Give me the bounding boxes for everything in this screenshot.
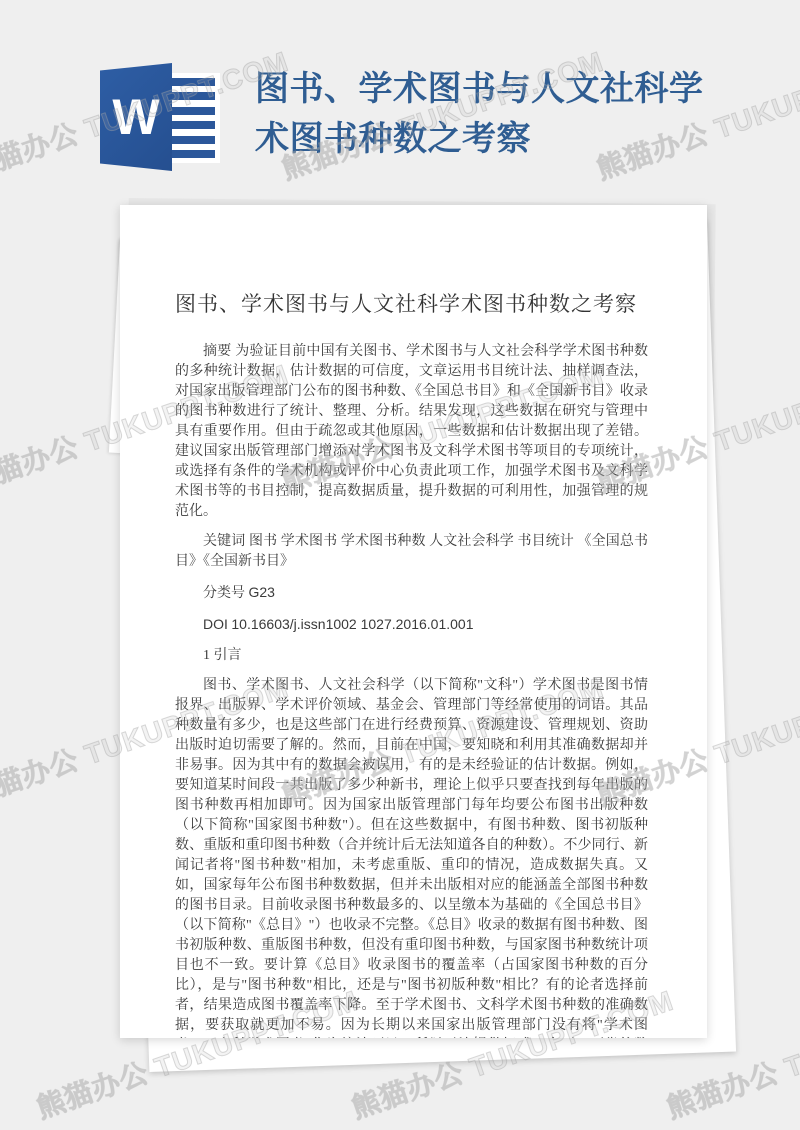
keywords-paragraph: 关键词 图书 学术图书 学术图书种数 人文社会科学 书目统计 《全国总书目》《全… (175, 532, 648, 572)
preview-page-title: 图书、学术图书与人文社科学术图书种数之考察 (255, 65, 711, 165)
word-icon-letter: W (112, 92, 159, 142)
document-title: 图书、学术图书与人文社科学术图书种数之考察 (175, 288, 648, 318)
document-page: 图书、学术图书与人文社科学术图书种数之考察 摘要 为验证目前中国有关图书、学术图… (120, 205, 707, 1038)
doi-label: DOI (203, 616, 228, 632)
preview-header: W 图书、学术图书与人文社科学术图书种数之考察 (100, 63, 711, 171)
classification-value: G23 (249, 584, 275, 600)
document-preview-screen: W 图书、学术图书与人文社科学术图书种数之考察 图书、学术图书与人文社科学术图书… (0, 0, 800, 1130)
word-icon-cover: W (100, 63, 172, 171)
doi-line: DOI 10.16603/j.issn1002 1027.2016.01.001 (175, 614, 648, 636)
body-paragraph: 图书、学术图书、人文社会科学（以下简称"文科"）学术图书是图书情报界、出版界、学… (175, 676, 648, 1038)
paper-stack: 图书、学术图书与人文社科学术图书种数之考察 摘要 为验证目前中国有关图书、学术图… (120, 205, 707, 1038)
classification-line: 分类号 G23 (175, 582, 648, 604)
abstract-paragraph: 摘要 为验证目前中国有关图书、学术图书与人文社会科学学术图书种数的多种统计数据，… (175, 342, 648, 522)
classification-label: 分类号 (203, 586, 245, 601)
word-file-icon: W (100, 63, 220, 171)
doi-value: 10.16603/j.issn1002 1027.2016.01.001 (231, 616, 473, 632)
section-heading: 1 引言 (175, 646, 648, 666)
